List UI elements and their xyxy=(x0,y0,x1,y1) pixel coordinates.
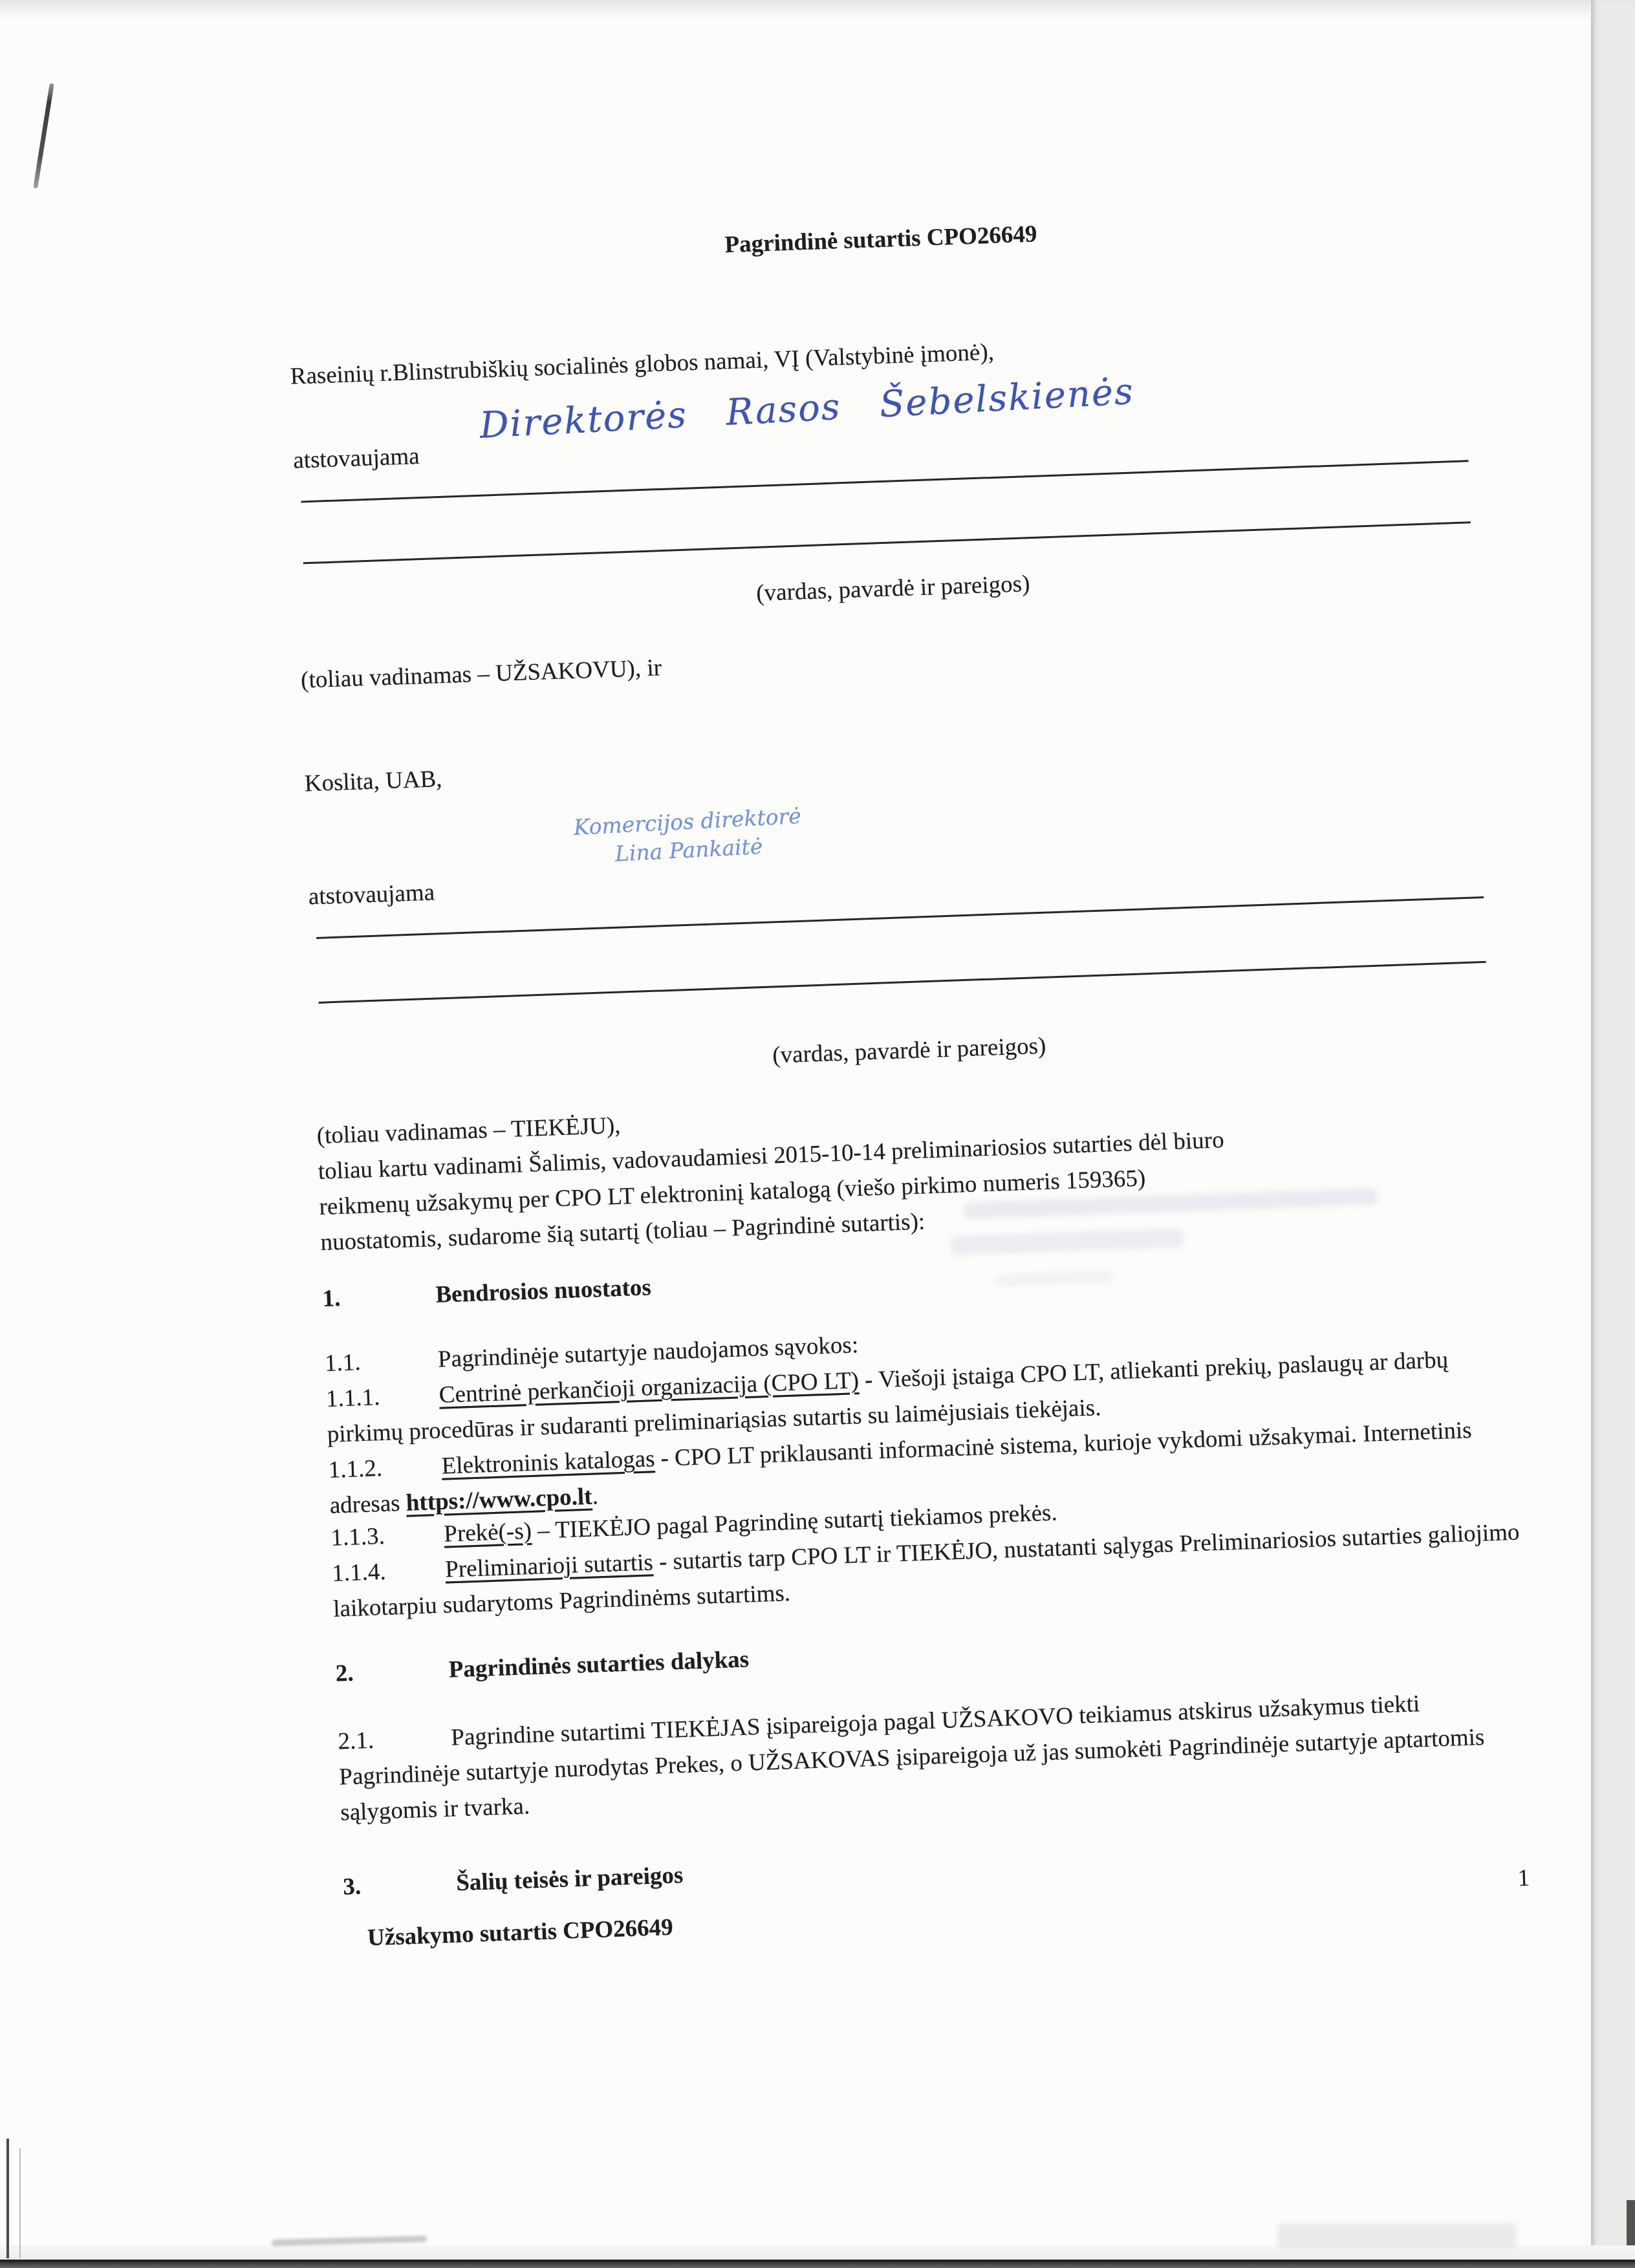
clause-number: 1.1.4. xyxy=(331,1552,446,1592)
section-title: Bendrosios nuostatos xyxy=(435,1274,652,1308)
cpo-url-text: https://www.cpo.lt xyxy=(406,1484,592,1517)
scan-top-edge-shadow xyxy=(0,0,1635,22)
scan-bottom-dark-band xyxy=(0,2260,1635,2268)
section-2-heading: 2.Pagrindinės sutarties dalykas xyxy=(335,1614,1526,1691)
page-title: Pagrindinė sutartis CPO26649 xyxy=(286,201,1477,278)
buyer-alias-line: (toliau vadinamas – UŽSAKOVU), ir xyxy=(300,621,1491,698)
defined-term: Prekė(-s) xyxy=(444,1518,532,1548)
clause-number: 1.1.2. xyxy=(328,1449,442,1488)
scanned-contract-page: { "page": { "title": "Pagrindinė sutarti… xyxy=(0,0,1635,2268)
scan-right-page-edge xyxy=(1591,0,1635,2268)
scan-left-edge-line xyxy=(6,2139,9,2258)
supplier-signature-caption: (vardas, pavardė ir pareigos) xyxy=(314,1012,1504,1089)
supplier-name-line: Koslita, UAB, xyxy=(304,724,1495,801)
pencil-smudge xyxy=(272,2236,427,2246)
pen-stroke-mark xyxy=(33,83,54,188)
scan-left-edge-line-faint xyxy=(19,2148,21,2258)
defined-term: Elektroninis katalogas xyxy=(441,1445,655,1479)
clause-number: 1.1. xyxy=(324,1342,439,1381)
contract-document: Pagrindinė sutartis CPO26649 Raseinių r.… xyxy=(285,172,1536,1998)
clause-number: 1.1.3. xyxy=(330,1517,445,1556)
section-number: 1. xyxy=(322,1277,437,1317)
bleedthrough-smudge xyxy=(1277,2223,1517,2248)
clause-text: Pagrindine sutartimi TIEKĖJAS įsipareigo… xyxy=(339,1690,1485,1826)
section-title: Pagrindinės sutarties dalykas xyxy=(448,1646,750,1683)
buyer-signature-caption: (vardas, pavardė ir pareigos) xyxy=(298,550,1488,627)
defined-term: Preliminarioji sutartis xyxy=(445,1549,654,1582)
clause-number: 1.1.1. xyxy=(325,1377,440,1417)
signature-line xyxy=(319,961,1486,1004)
clause-number: 2.1. xyxy=(338,1720,452,1759)
section-number: 2. xyxy=(335,1652,449,1692)
clause-2-1: 2.1.Pagrindine sutartimi TIEKĖJAS įsipar… xyxy=(338,1682,1531,1830)
clause-text: . xyxy=(592,1483,599,1509)
